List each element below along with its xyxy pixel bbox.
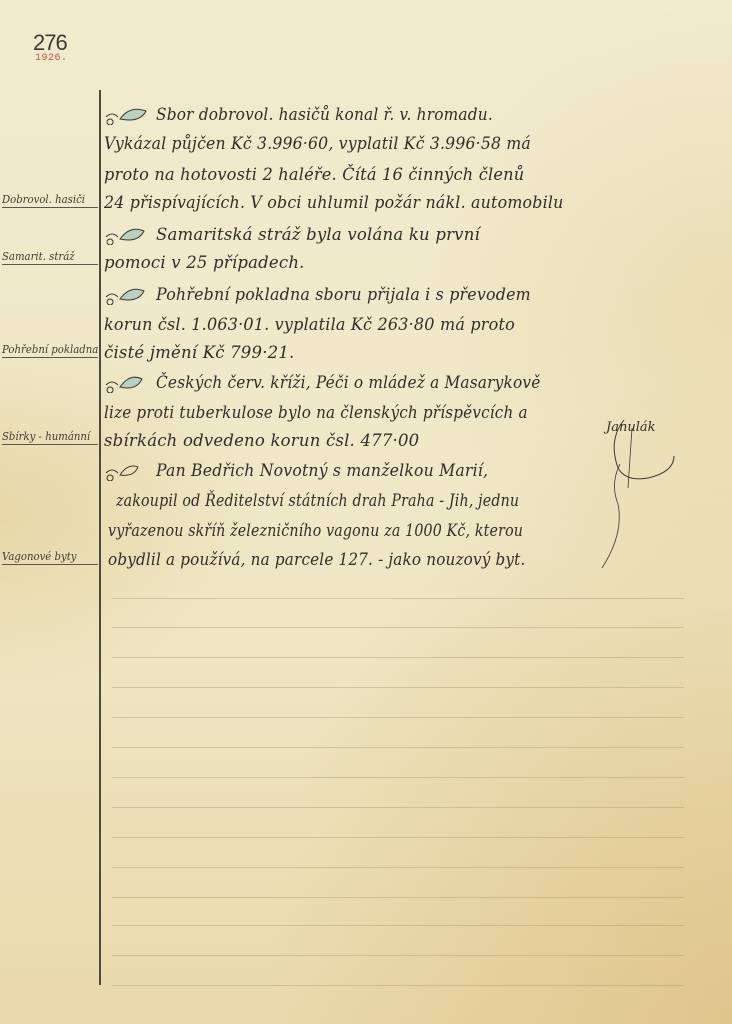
ruled-line — [112, 925, 684, 926]
ruled-line — [112, 985, 684, 986]
margin-note-wagon-dwellings: Vagonové byty — [2, 550, 98, 565]
bracket-mark-icon — [596, 462, 626, 572]
leaf-bullet-icon — [104, 463, 148, 481]
ruled-line — [112, 837, 684, 838]
entry-line: zakoupil od Ředitelství státních drah Pr… — [116, 490, 716, 512]
margin-note-firefighters: Dobrovol. hasiči — [2, 193, 98, 208]
ruled-line — [112, 807, 684, 808]
leaf-bullet-icon — [104, 375, 148, 393]
entry-line: Sbor dobrovol. hasičů konal ř. v. hromad… — [104, 104, 704, 126]
margin-rule — [99, 90, 101, 985]
entry-line: pomoci v 25 případech. — [104, 252, 704, 274]
leaf-bullet-icon — [104, 107, 148, 125]
margin-note-funeral-fund: Pohřební pokladna — [2, 343, 98, 358]
ruled-line — [112, 657, 684, 658]
ruled-line — [112, 687, 684, 688]
entry-line: Českých červ. kříži, Péči o mládež a Mas… — [104, 372, 704, 394]
margin-note-samaritan-guard: Samarit. stráž — [2, 250, 98, 265]
chronicle-page: 276 1926. Dobrovol. hasiči Samarit. strá… — [0, 0, 732, 1024]
year-stamp: 1926. — [35, 53, 68, 64]
leaf-bullet-icon — [104, 227, 148, 245]
ruled-line — [112, 867, 684, 868]
ruled-line — [112, 598, 684, 599]
ruled-line — [112, 627, 684, 628]
ruled-line — [112, 897, 684, 898]
signature: Janulák — [606, 420, 656, 435]
entry-line: 24 přispívajících. V obci uhlumil požár … — [104, 192, 704, 214]
entry-line: Samaritská stráž byla volána ku první — [104, 224, 704, 246]
entry-line: proto na hotovosti 2 haléře. Čítá 16 čin… — [104, 164, 704, 186]
entry-line: Pohřební pokladna sboru přijala i s přev… — [104, 284, 704, 306]
entry-line: Vykázal půjčen Kč 3.996·60, vyplatil Kč … — [104, 133, 704, 155]
entry-line: čisté jmění Kč 799·21. — [104, 342, 704, 364]
ruled-line — [112, 777, 684, 778]
ruled-line — [112, 747, 684, 748]
ruled-line — [112, 955, 684, 956]
entry-line: korun čsl. 1.063·01. vyplatila Kč 263·80… — [104, 314, 704, 336]
ruled-line — [112, 717, 684, 718]
leaf-bullet-icon — [104, 287, 148, 305]
margin-note-charity-collections: Sbírky - humánní — [2, 430, 98, 445]
